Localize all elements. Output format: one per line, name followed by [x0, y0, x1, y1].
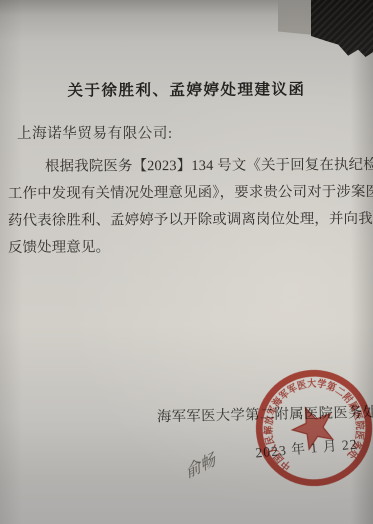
- background-gray-object: [278, 0, 314, 35]
- document-title: 关于徐胜利、孟婷婷处理建议函: [0, 77, 373, 101]
- addressee-line: 上海诺华贸易有限公司:: [17, 122, 173, 143]
- red-star-icon: [287, 400, 340, 452]
- body-line: 工作中发现有关情况处理意见函》，要求贵公司对于涉案医: [8, 179, 368, 208]
- body-paragraph: 根据我院医务【2023】134 号文《关于回复在执纪检查 工作中发现有关情况处理…: [8, 153, 368, 261]
- body-line: 根据我院医务【2023】134 号文《关于回复在执纪检查: [8, 152, 368, 181]
- body-line: 反馈处理意见。: [8, 233, 368, 262]
- body-line: 药代表徐胜利、孟婷婷予以开除或调离岗位处理，并向我院: [8, 206, 368, 235]
- official-seal: 中国人民解放军海军军医大学第二附属医院医务处: [243, 356, 373, 500]
- official-seal-svg: 中国人民解放军海军军医大学第二附属医院医务处: [243, 356, 373, 500]
